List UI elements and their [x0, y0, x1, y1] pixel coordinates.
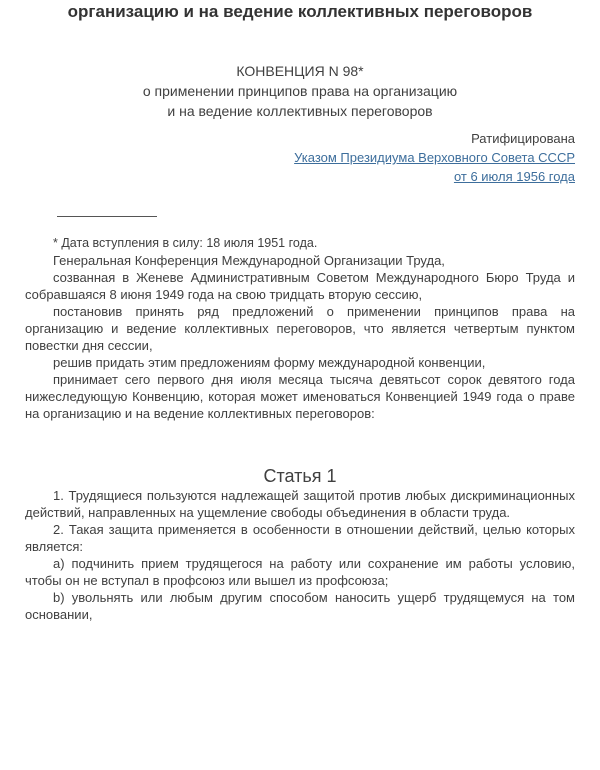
- convention-number: КОНВЕНЦИЯ N 98*: [25, 61, 575, 81]
- convention-subtitle-line2: и на ведение коллективных переговоров: [25, 101, 575, 121]
- article-1-paragraph-item-b: b) увольнять или любым другим способом н…: [25, 589, 575, 623]
- preamble-paragraph: Генеральная Конференция Международной Ор…: [25, 252, 575, 269]
- ratification-block: Ратифицирована Указом Президиума Верховн…: [25, 129, 575, 186]
- preamble-paragraph: постановив принять ряд предложений о при…: [25, 303, 575, 354]
- preamble-paragraph: решив придать этим предложениям форму ме…: [25, 354, 575, 371]
- convention-title-block: КОНВЕНЦИЯ N 98* о применении принципов п…: [25, 61, 575, 121]
- preamble-paragraph: принимает сего первого дня июля месяца т…: [25, 371, 575, 422]
- ratification-label: Ратифицирована: [25, 129, 575, 148]
- article-1-paragraph: 2. Такая защита применяется в особенност…: [25, 521, 575, 555]
- ratification-decree-link-line1[interactable]: Указом Президиума Верховного Совета СССР: [25, 148, 575, 167]
- article-1-paragraph: 1. Трудящиеся пользуются надлежащей защи…: [25, 487, 575, 521]
- document-title-tail: организацию и на ведение коллективных пе…: [25, 1, 575, 22]
- footnote-separator-line: [57, 216, 157, 217]
- preamble-paragraph: созванная в Женеве Административным Сове…: [25, 269, 575, 303]
- convention-subtitle-line1: о применении принципов права на организа…: [25, 81, 575, 101]
- footnote-entry-into-force: * Дата вступления в силу: 18 июля 1951 г…: [25, 235, 575, 252]
- document-page: организацию и на ведение коллективных пе…: [0, 1, 600, 623]
- article-1-heading: Статья 1: [25, 465, 575, 487]
- ratification-decree-link-line2[interactable]: от 6 июля 1956 года: [25, 167, 575, 186]
- article-1-paragraph-item-a: а) подчинить прием трудящегося на работу…: [25, 555, 575, 589]
